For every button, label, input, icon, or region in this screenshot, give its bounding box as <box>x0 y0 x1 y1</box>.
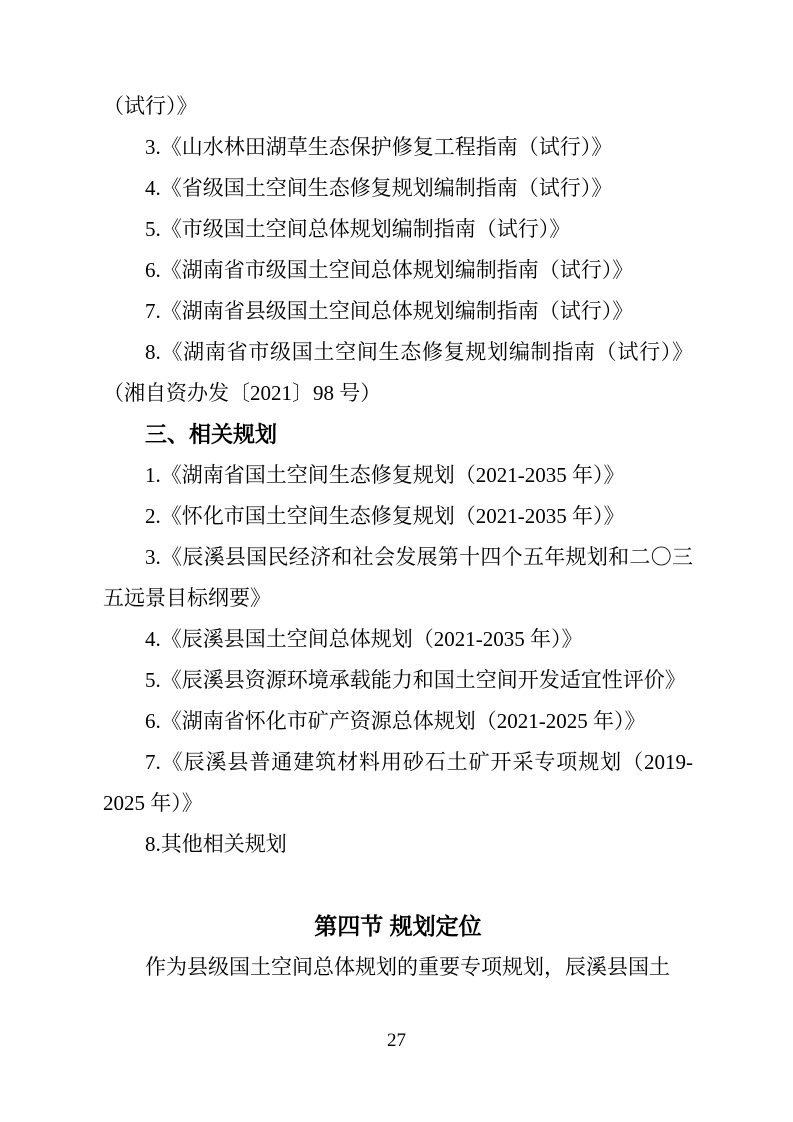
section-heading: 第四节 规划定位 <box>103 906 693 947</box>
list-item: 2.《怀化市国土空间生态修复规划（2021-2035 年）》 <box>103 496 693 537</box>
list-item: 6.《湖南省怀化市矿产资源总体规划（2021-2025 年）》 <box>103 701 693 742</box>
list-item: 5.《市级国土空间总体规划编制指南（试行）》 <box>103 209 693 250</box>
related-plans-heading: 三、相关规划 <box>103 414 693 455</box>
list-item: 7.《辰溪县普通建筑材料用砂石土矿开采专项规划（2019-2025 年）》 <box>103 742 693 824</box>
list-item: 4.《辰溪县国土空间总体规划（2021-2035 年）》 <box>103 619 693 660</box>
paragraph-continuation: （试行）》 <box>103 86 693 127</box>
list-item: 8.《湖南省市级国土空间生态修复规划编制指南（试行）》（湘自资办发〔2021〕9… <box>103 332 693 414</box>
list-item: 8.其他相关规划 <box>103 824 693 865</box>
list-item: 4.《省级国土空间生态修复规划编制指南（试行）》 <box>103 168 693 209</box>
list-item: 5.《辰溪县资源环境承载能力和国土空间开发适宜性评价》 <box>103 660 693 701</box>
list-item: 7.《湖南省县级国土空间总体规划编制指南（试行）》 <box>103 291 693 332</box>
page-number: 27 <box>0 1030 793 1052</box>
list-item: 6.《湖南省市级国土空间总体规划编制指南（试行）》 <box>103 250 693 291</box>
list-item: 3.《山水林田湖草生态保护修复工程指南（试行）》 <box>103 127 693 168</box>
list-item: 3.《辰溪县国民经济和社会发展第十四个五年规划和二〇三五远景目标纲要》 <box>103 537 693 619</box>
blank-line <box>103 865 693 906</box>
document-page: （试行）》 3.《山水林田湖草生态保护修复工程指南（试行）》 4.《省级国土空间… <box>0 0 793 1122</box>
list-item: 1.《湖南省国土空间生态修复规划（2021-2035 年）》 <box>103 455 693 496</box>
paragraph-body: 作为县级国土空间总体规划的重要专项规划，辰溪县国土 <box>103 947 693 988</box>
document-content: （试行）》 3.《山水林田湖草生态保护修复工程指南（试行）》 4.《省级国土空间… <box>103 86 693 988</box>
